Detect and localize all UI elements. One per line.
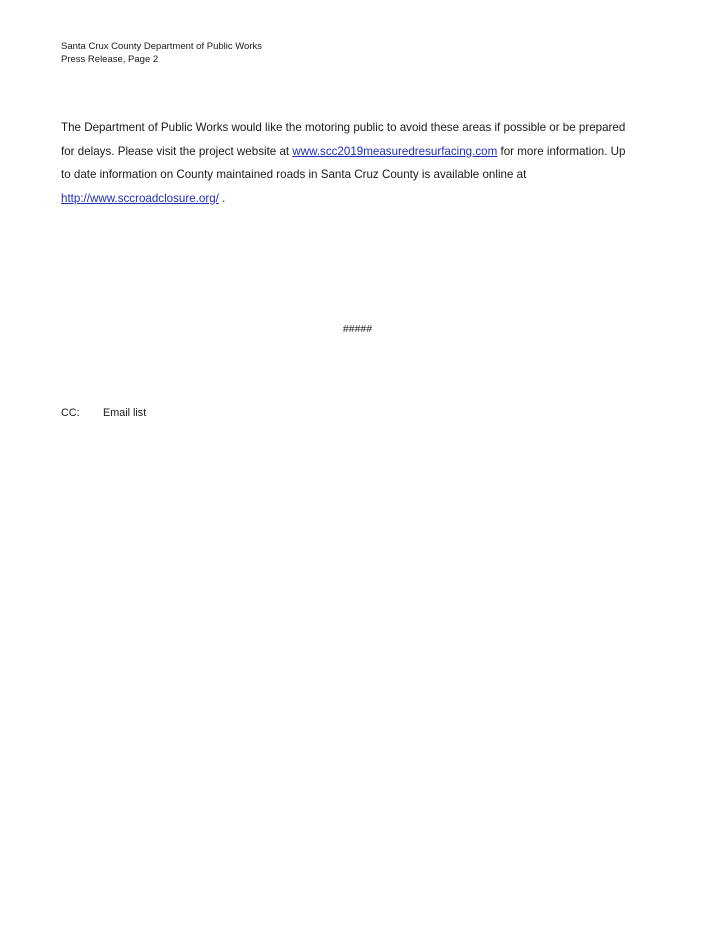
page-header: Santa Crux County Department of Public W… — [61, 40, 262, 66]
cc-label: CC: — [61, 407, 103, 419]
body-line-2-text: for delays. Please visit the project web… — [61, 145, 292, 158]
body-paragraph: The Department of Public Works would lik… — [61, 116, 661, 210]
body-line-4-tail: . — [219, 192, 225, 205]
body-line-2-tail: for more information. Up — [497, 145, 625, 158]
cc-line: CC:Email list — [61, 407, 146, 419]
cc-value: Email list — [103, 407, 146, 419]
body-line-3: to date information on County maintained… — [61, 163, 661, 187]
body-line-4: http://www.sccroadclosure.org/ . — [61, 187, 661, 211]
body-line-2: for delays. Please visit the project web… — [61, 140, 661, 164]
end-separator: ##### — [0, 323, 715, 335]
road-closure-link[interactable]: http://www.sccroadclosure.org/ — [61, 192, 219, 205]
header-page-label: Press Release, Page 2 — [61, 53, 262, 66]
project-website-link[interactable]: www.scc2019measuredresurfacing.com — [292, 145, 497, 158]
document-page: Santa Crux County Department of Public W… — [0, 0, 715, 925]
body-line-1: The Department of Public Works would lik… — [61, 116, 661, 140]
header-organization: Santa Crux County Department of Public W… — [61, 40, 262, 53]
